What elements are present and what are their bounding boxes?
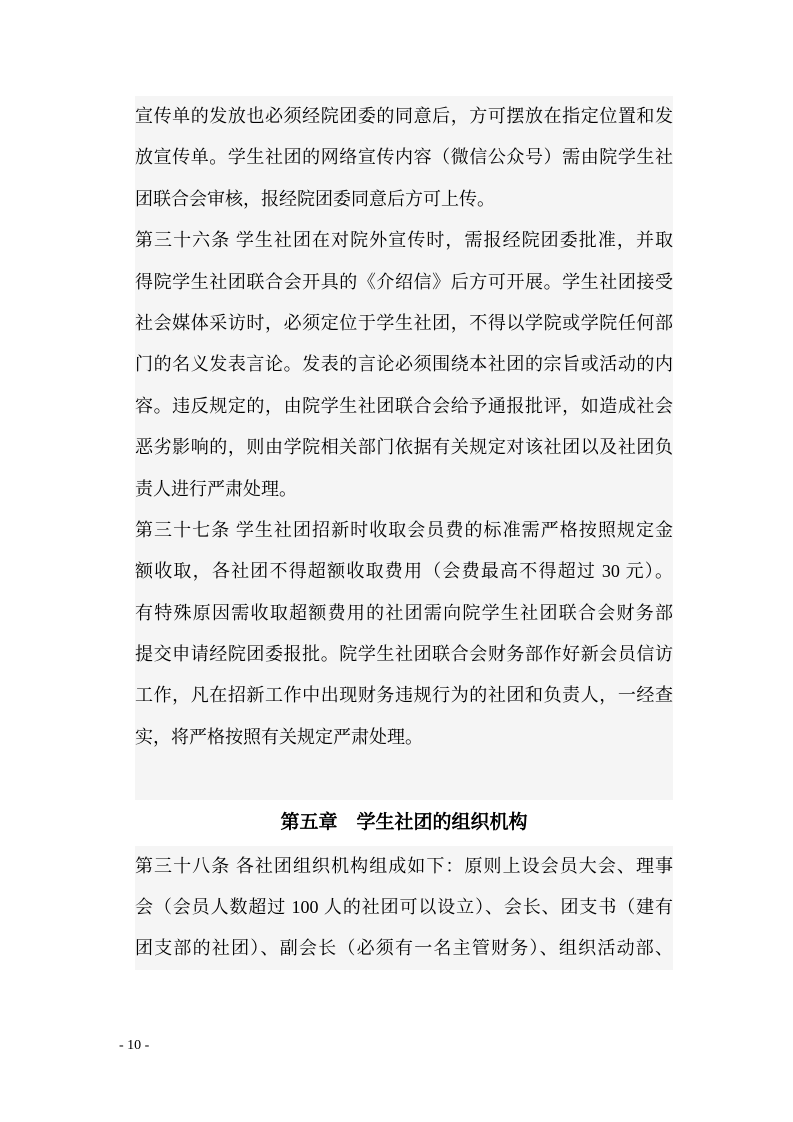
text-line: 工作，凡在招新工作中出现财务违规行为的社团和负责人，一经查 [135, 675, 673, 716]
highlighted-paragraph-block-2: 第三十八条 各社团组织机构组成如下：原则上设会员大会、理事 会（会员人数超过 1… [135, 846, 673, 970]
text-line: 第三十六条 学生社团在对院外宣传时，需报经院团委批准，并取 [135, 220, 673, 261]
text-line: 实，将严格按照有关规定严肃处理。 [135, 717, 673, 758]
text-line: 责人进行严肃处理。 [135, 469, 673, 510]
chapter-heading: 第五章 学生社团的组织机构 [135, 800, 673, 846]
text-line: 放宣传单。学生社团的网络宣传内容（微信公众号）需由院学生社 [135, 137, 673, 178]
text-line: 得院学生社团联合会开具的《介绍信》后方可开展。学生社团接受 [135, 262, 673, 303]
text-line: 第三十七条 学生社团招新时收取会员费的标准需严格按照规定金 [135, 510, 673, 551]
highlighted-paragraph-block-1: 宣传单的发放也必须经院团委的同意后，方可摆放在指定位置和发 放宣传单。学生社团的… [135, 96, 673, 800]
page-body-text: 宣传单的发放也必须经院团委的同意后，方可摆放在指定位置和发 放宣传单。学生社团的… [135, 96, 673, 970]
text-line: 容。违反规定的，由院学生社团联合会给予通报批评，如造成社会 [135, 386, 673, 427]
text-line: 门的名义发表言论。发表的言论必须围绕本社团的宗旨或活动的内 [135, 344, 673, 385]
text-line: 第三十八条 各社团组织机构组成如下：原则上设会员大会、理事 [135, 846, 673, 887]
text-line: 会（会员人数超过 100 人的社团可以设立）、会长、团支书（建有 [135, 887, 673, 928]
text-line: 社会媒体采访时，必须定位于学生社团，不得以学院或学院任何部 [135, 303, 673, 344]
text-line: 额收取，各社团不得超额收取费用（会费最高不得超过 30 元）。 [135, 551, 673, 592]
text-line: 恶劣影响的，则由学院相关部门依据有关规定对该社团以及社团负 [135, 427, 673, 468]
text-line: 提交申请经院团委报批。院学生社团联合会财务部作好新会员信访 [135, 634, 673, 675]
text-line: 有特殊原因需收取超额费用的社团需向院学生社团联合会财务部 [135, 593, 673, 634]
text-line: 宣传单的发放也必须经院团委的同意后，方可摆放在指定位置和发 [135, 96, 673, 137]
text-line: 团联合会审核，报经院团委同意后方可上传。 [135, 179, 673, 220]
empty-line [135, 758, 673, 799]
page-number: - 10 - [119, 1038, 149, 1054]
text-line: 团支部的社团）、副会长（必须有一名主管财务）、组织活动部、 [135, 928, 673, 969]
